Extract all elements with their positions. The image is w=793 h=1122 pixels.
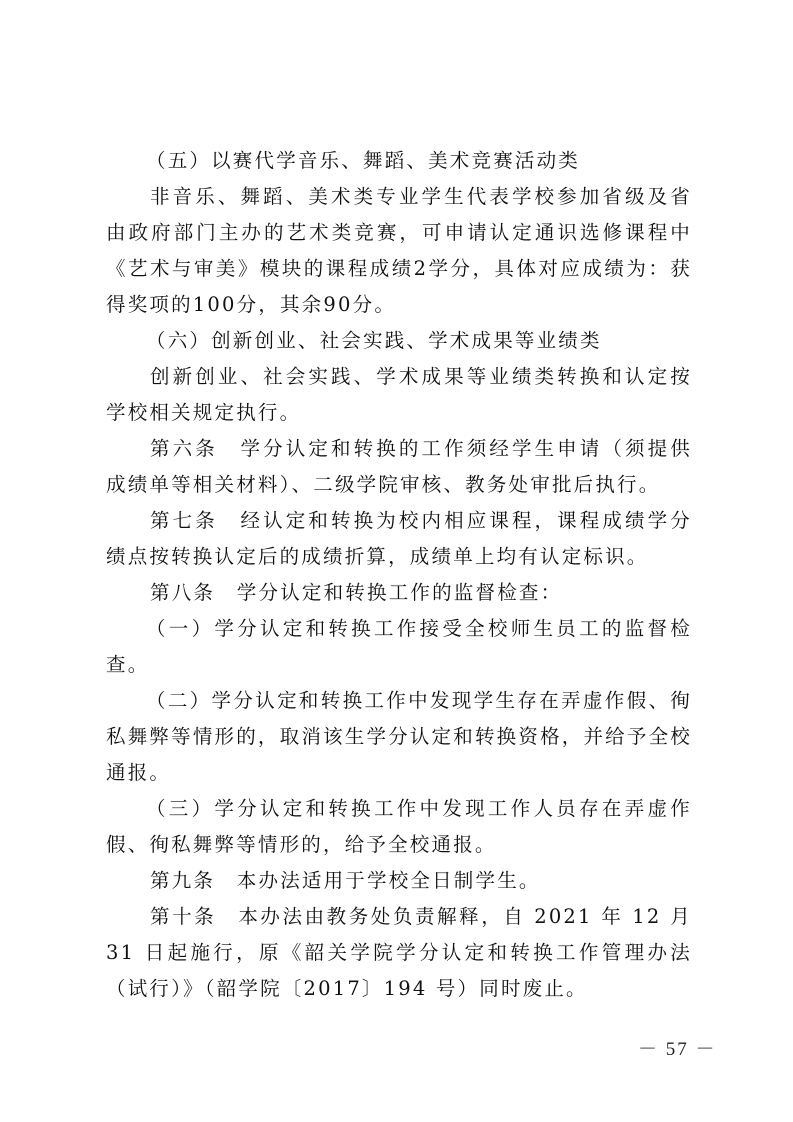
article-eight-item-one: （一）学分认定和转换工作接受全校师生员工的监督检查。 bbox=[106, 611, 692, 683]
article-ten: 第十条 本办法由教务处负责解释，自 2021 年 12 月 31 日起施行，原《… bbox=[106, 899, 692, 1007]
article-six: 第六条 学分认定和转换的工作须经学生申请（须提供成绩单等相关材料）、二级学院审核… bbox=[106, 431, 692, 503]
paragraph-art-competition: 非音乐、舞蹈、美术类专业学生代表学校参加省级及省由政府部门主办的艺术类竞赛，可申… bbox=[106, 179, 692, 323]
article-eight-item-three: （三）学分认定和转换工作中发现工作人员存在弄虚作假、徇私舞弊等情形的，给予全校通… bbox=[106, 791, 692, 863]
paragraph-innovation: 创新创业、社会实践、学术成果等业绩类转换和认定按学校相关规定执行。 bbox=[106, 359, 692, 431]
article-eight-item-two: （二）学分认定和转换工作中发现学生存在弄虚作假、徇私舞弊等情形的，取消该生学分认… bbox=[106, 683, 692, 791]
document-body: （五）以赛代学音乐、舞蹈、美术竞赛活动类 非音乐、舞蹈、美术类专业学生代表学校参… bbox=[106, 143, 692, 1007]
subheading-six: （六）创新创业、社会实践、学术成果等业绩类 bbox=[106, 323, 692, 359]
article-nine: 第九条 本办法适用于学校全日制学生。 bbox=[106, 863, 692, 899]
document-page: （五）以赛代学音乐、舞蹈、美术竞赛活动类 非音乐、舞蹈、美术类专业学生代表学校参… bbox=[0, 0, 793, 1122]
page-number: － 57 － bbox=[638, 1034, 717, 1061]
article-eight: 第八条 学分认定和转换工作的监督检查： bbox=[106, 575, 692, 611]
subheading-five: （五）以赛代学音乐、舞蹈、美术竞赛活动类 bbox=[106, 143, 692, 179]
article-seven: 第七条 经认定和转换为校内相应课程，课程成绩学分绩点按转换认定后的成绩折算，成绩… bbox=[106, 503, 692, 575]
